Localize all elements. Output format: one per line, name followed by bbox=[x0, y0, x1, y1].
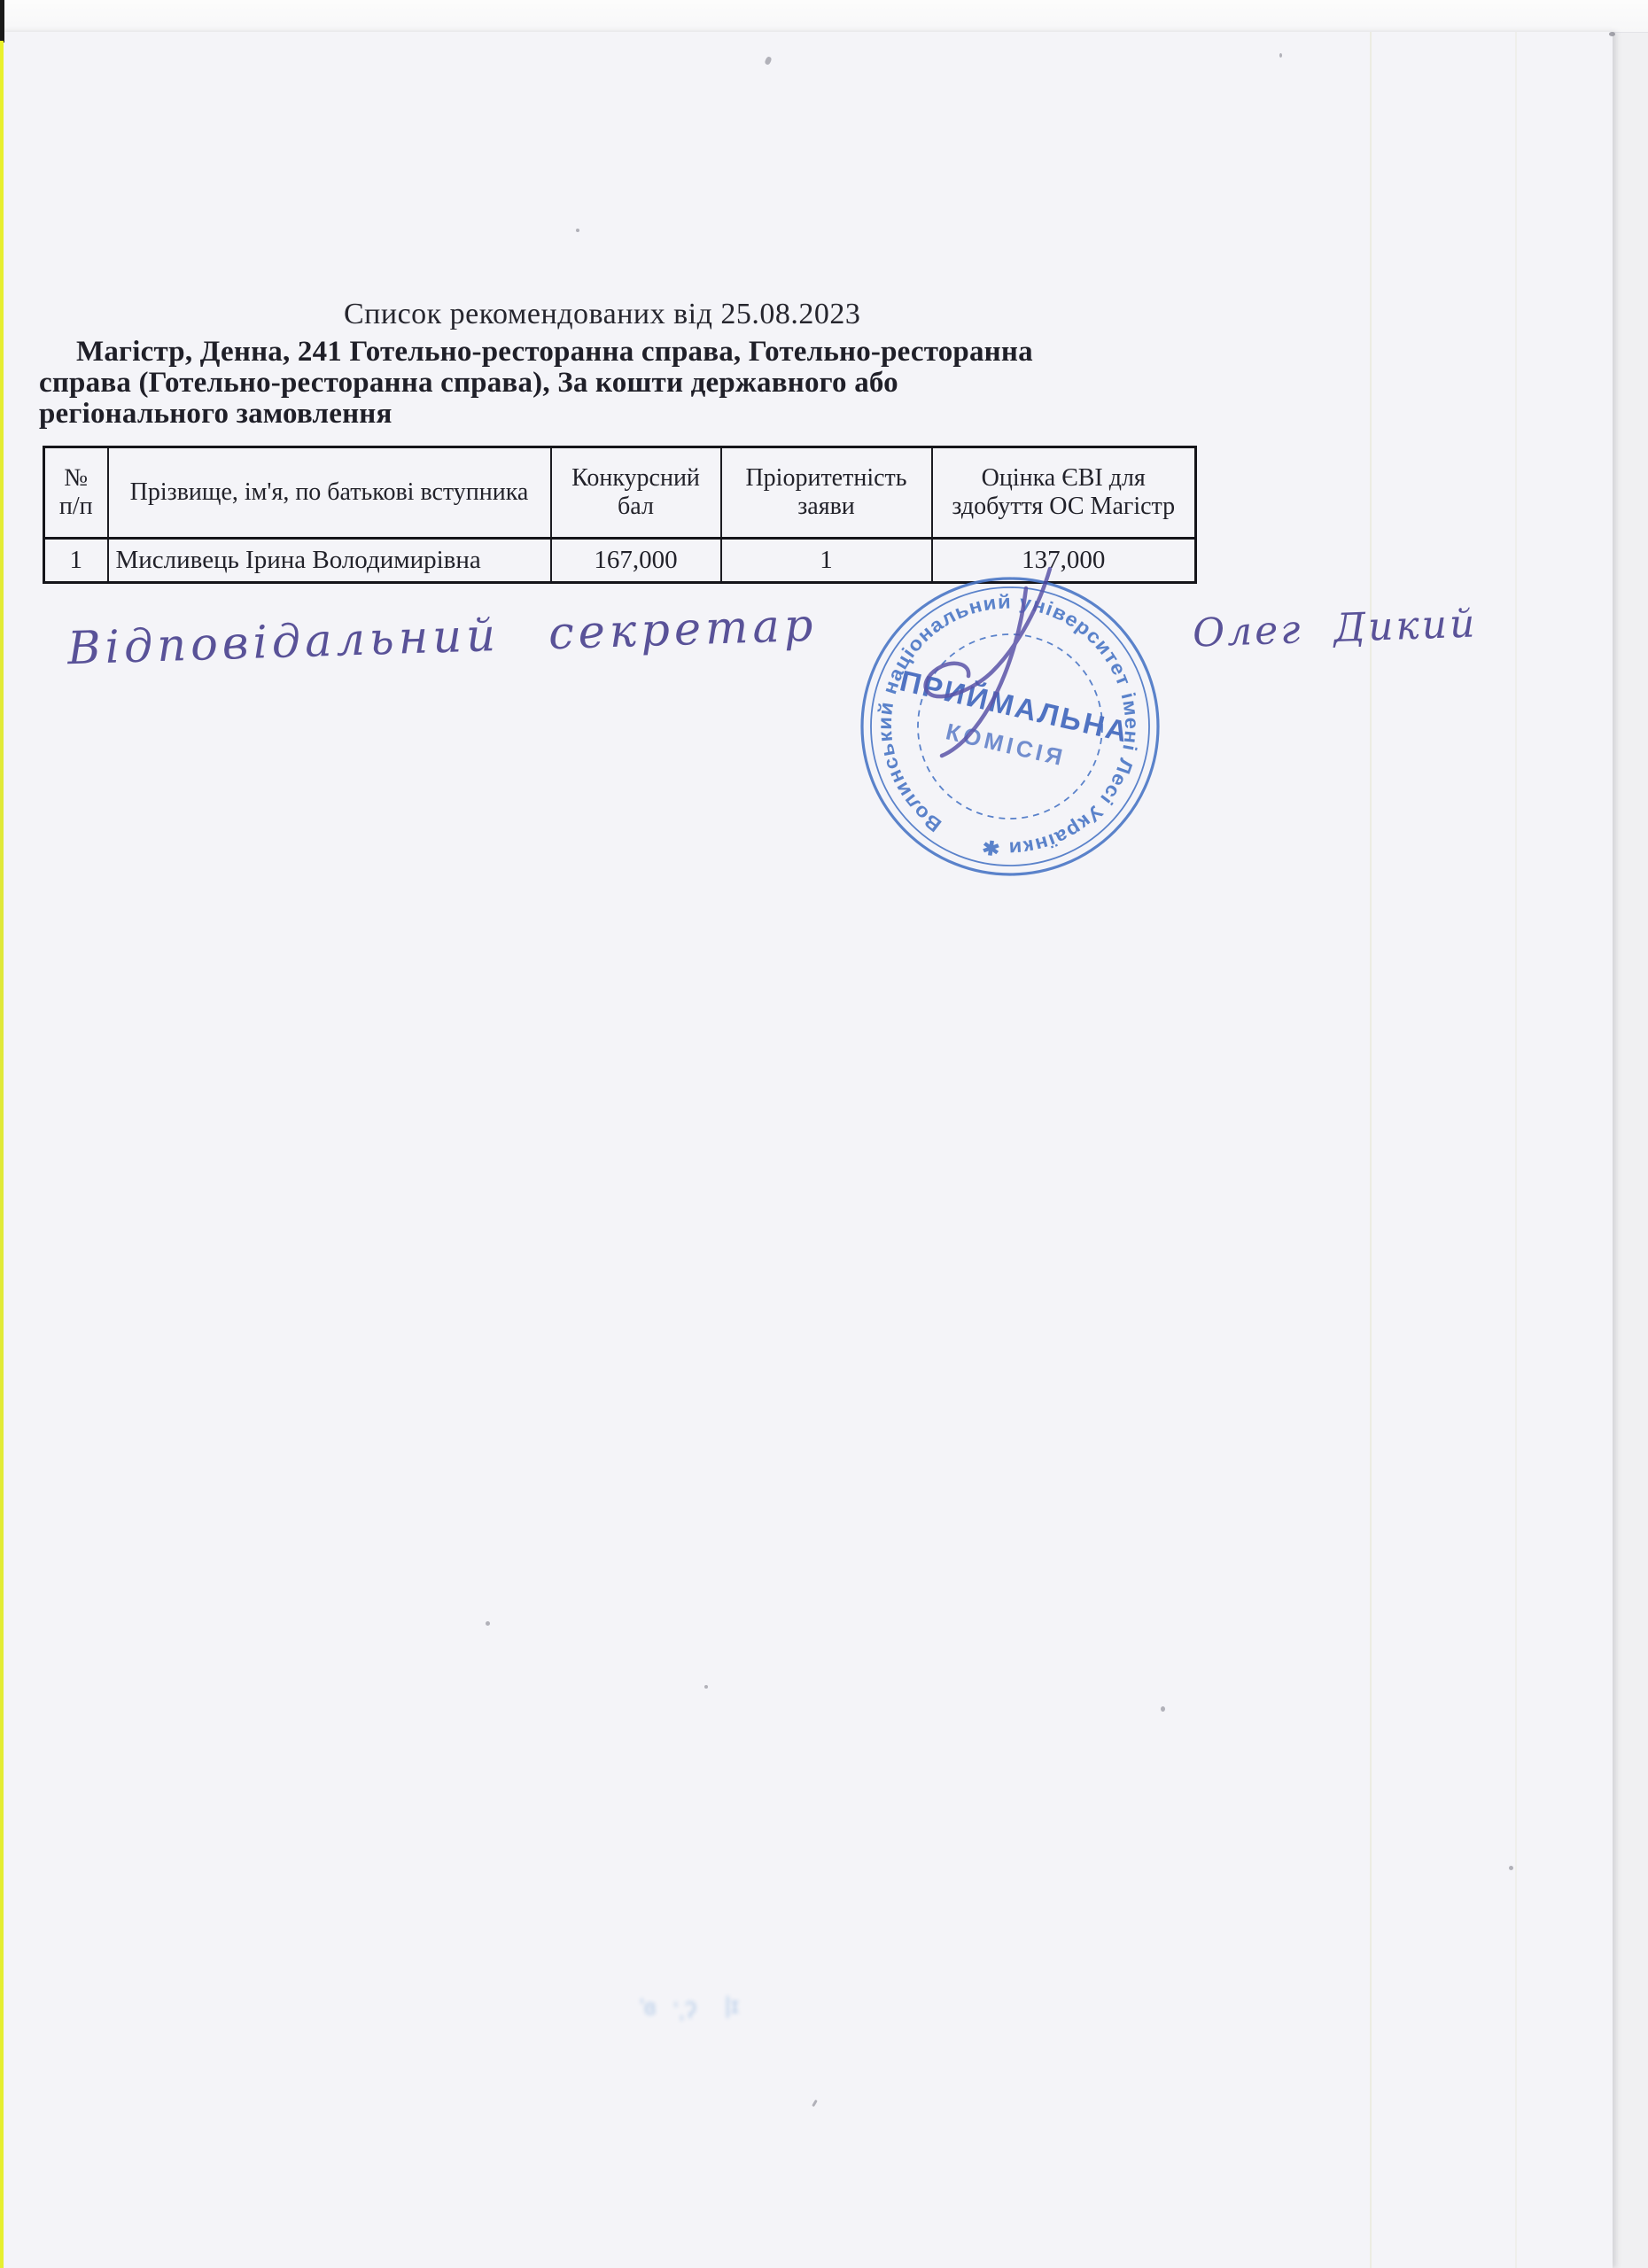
col-header-evi: Оцінка ЄВІ для здобуття ОС Магістр bbox=[932, 447, 1196, 539]
scanner-background-strip bbox=[0, 0, 1648, 33]
scan-speck bbox=[1609, 32, 1615, 36]
cell-name: Мисливець Ірина Володимирівна bbox=[108, 539, 551, 583]
cell-number: 1 bbox=[44, 539, 108, 583]
cell-score: 167,000 bbox=[551, 539, 721, 583]
paper-crease bbox=[1515, 32, 1517, 2268]
scan-speck bbox=[1509, 1866, 1513, 1870]
round-stamp: Волинський національний університет імен… bbox=[837, 556, 1192, 928]
table-header-row: № п/п Прізвище, ім'я, по батькові вступн… bbox=[44, 447, 1196, 539]
document-subtitle: Магістр, Денна, 241 Готельно-ресторанна … bbox=[39, 337, 1191, 430]
scan-edge-yellow bbox=[0, 41, 4, 2268]
scan-speck bbox=[1279, 53, 1282, 58]
scan-speck bbox=[576, 229, 579, 232]
ink-bleed-mark: 'ɞ ʻ,ʔ |ɪ bbox=[640, 1990, 790, 2032]
paper-crease bbox=[1370, 32, 1372, 2268]
col-header-score: Конкурсний бал bbox=[551, 447, 721, 539]
scan-edge-black bbox=[0, 0, 4, 43]
col-header-name: Прізвище, ім'я, по батькові вступника bbox=[108, 447, 551, 539]
scan-speck bbox=[704, 1685, 708, 1689]
document-title: Список рекомендованих від 25.08.2023 bbox=[344, 298, 860, 331]
col-header-priority: Пріоритетність заяви bbox=[721, 447, 932, 539]
scan-speck bbox=[1161, 1706, 1165, 1712]
col-header-number: № п/п bbox=[44, 447, 108, 539]
scanned-document: Список рекомендованих від 25.08.2023 Маг… bbox=[0, 0, 1648, 2268]
scan-speck bbox=[486, 1621, 490, 1626]
